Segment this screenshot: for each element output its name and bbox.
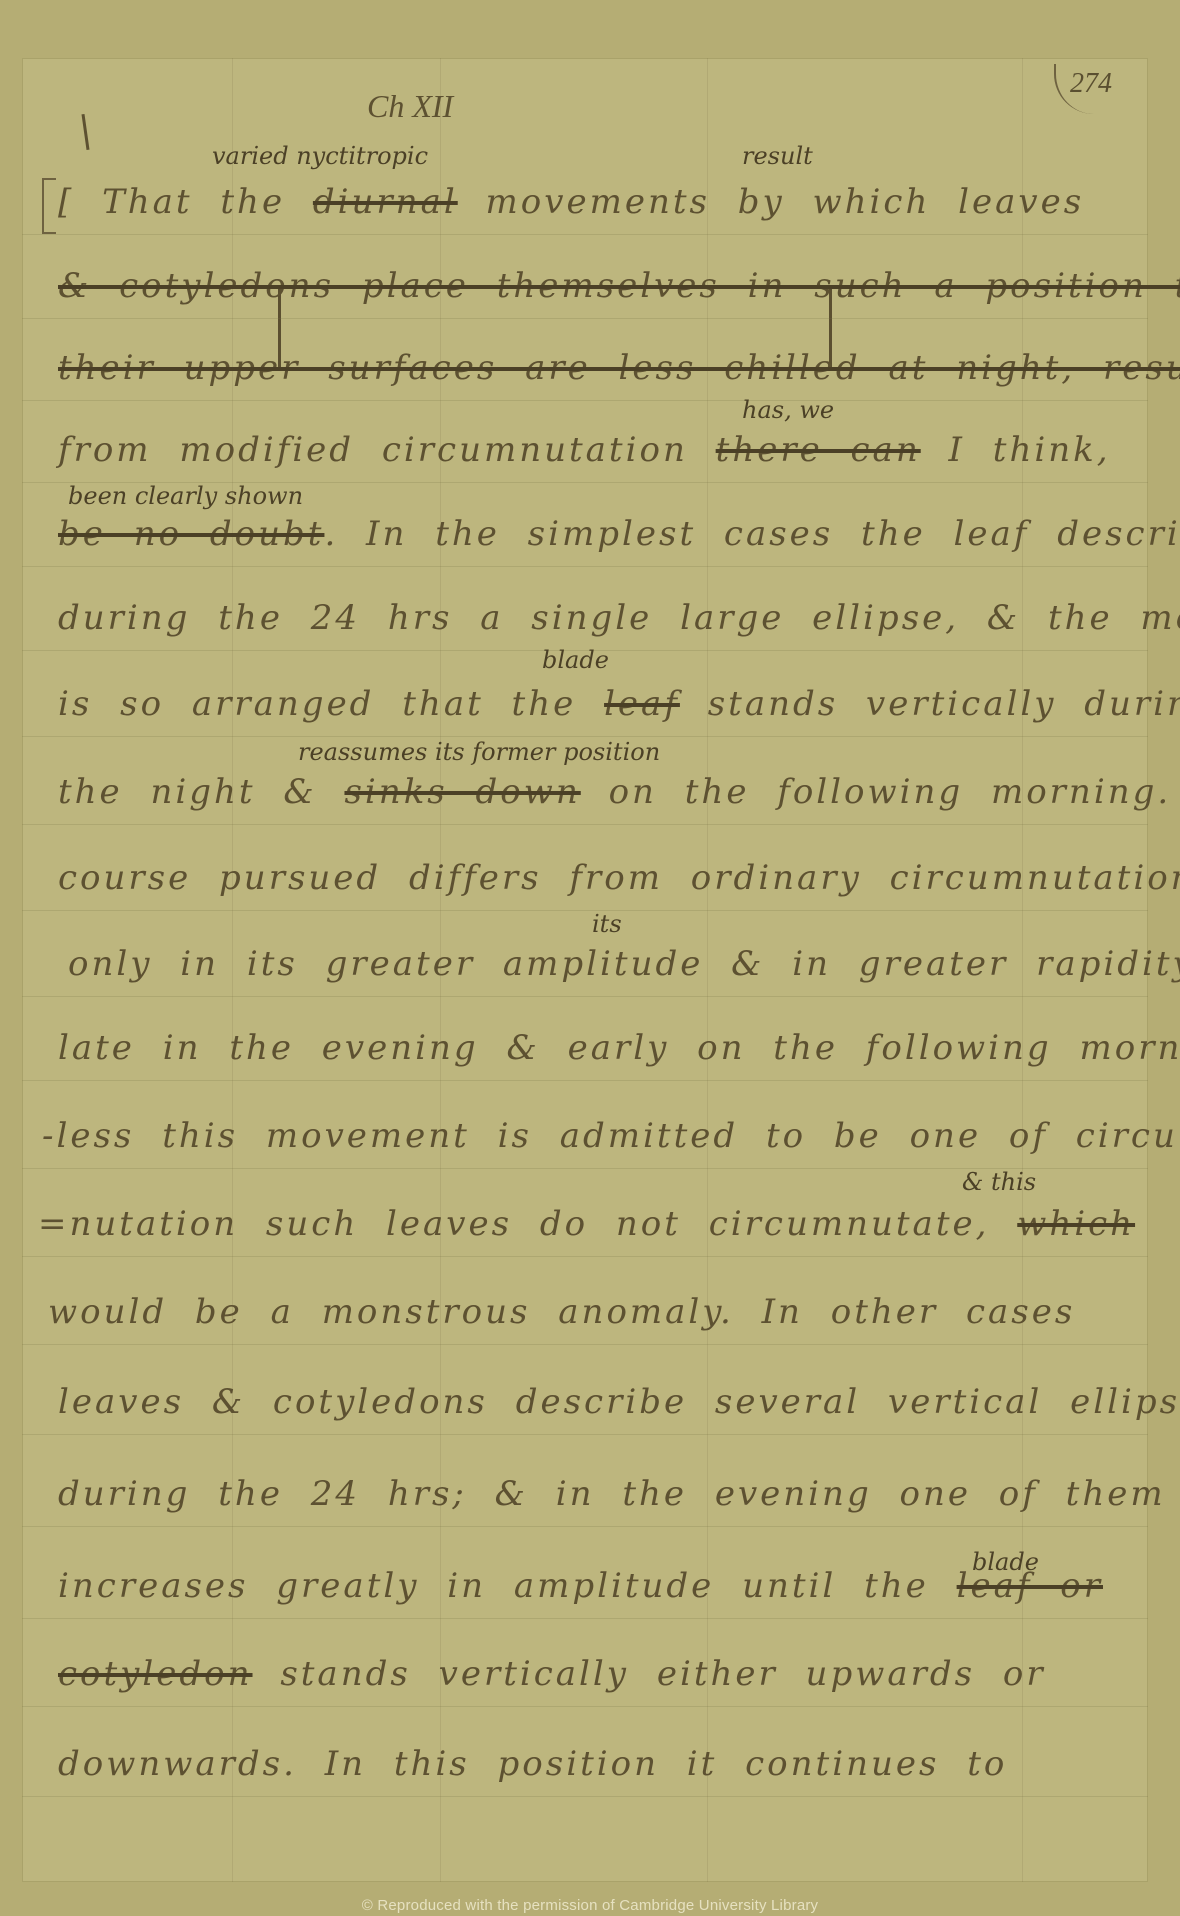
manuscript-line: is so arranged that the leaf stands vert… [58, 684, 1148, 724]
manuscript-page: 274 Ch XII varied nyctitropic result [ T… [22, 58, 1148, 1882]
folio-number: 274 [1054, 64, 1118, 114]
ruling-line [22, 1256, 1148, 1257]
manuscript-line: be no doubt. In the simplest cases the l… [58, 514, 1148, 554]
manuscript-line: course pursued differs from ordinary cir… [58, 858, 1148, 898]
ruling-line [22, 1344, 1148, 1345]
manuscript-line: would be a monstrous anomaly. In other c… [48, 1292, 1148, 1332]
ruling-line [22, 996, 1148, 997]
ruling-line [22, 736, 1148, 737]
interlinear-insert: reassumes its former position [298, 738, 660, 766]
manuscript-line: leaves & cotyledons describe several ver… [58, 1382, 1148, 1422]
manuscript-line: the night & sinks down on the following … [58, 772, 1148, 812]
ruling-line [22, 1080, 1148, 1081]
manuscript-line: & cotyledons place themselves in such a … [58, 266, 1148, 306]
interlinear-insert: result [742, 142, 813, 170]
ruling-line [22, 1434, 1148, 1435]
ruling-line [22, 1796, 1148, 1797]
manuscript-line: their upper surfaces are less chilled at… [58, 348, 1148, 388]
chapter-heading: Ch XII [367, 88, 453, 125]
ruling-line [22, 400, 1148, 401]
opening-bracket [42, 178, 56, 234]
interlinear-insert: blade [542, 646, 609, 674]
interlinear-insert: has, we [742, 396, 834, 424]
interlinear-insert: & this [962, 1168, 1036, 1196]
ruling-line [22, 566, 1148, 567]
ruling-line [22, 234, 1148, 235]
margin-mark [82, 114, 90, 150]
interlinear-insert: its [592, 910, 622, 938]
manuscript-line: [ That the diurnal movements by which le… [58, 182, 1148, 222]
manuscript-line: -less this movement is admitted to be on… [42, 1116, 1148, 1156]
manuscript-line: cotyledon stands vertically either upwar… [58, 1654, 1148, 1694]
ruling-line [22, 910, 1148, 911]
manuscript-line: during the 24 hrs; & in the evening one … [58, 1474, 1148, 1514]
manuscript-line: from modified circumnutation there can I… [58, 430, 1148, 470]
manuscript-line: downwards. In this position it continues… [58, 1744, 1148, 1784]
manuscript-line: late in the evening & early on the follo… [58, 1028, 1148, 1068]
copyright-credit: © Reproduced with the permission of Camb… [0, 1897, 1180, 1914]
ruling-line [22, 824, 1148, 825]
manuscript-line: =nutation such leaves do not circumnutat… [38, 1204, 1148, 1244]
ruling-line [22, 1618, 1148, 1619]
manuscript-line: increases greatly in amplitude until the… [58, 1566, 1148, 1606]
ruling-line [22, 1706, 1148, 1707]
ruling-line [22, 1526, 1148, 1527]
manuscript-line: only in its greater amplitude & in great… [68, 944, 1148, 984]
ruling-line [22, 318, 1148, 319]
interlinear-insert: varied nyctitropic [212, 142, 428, 170]
interlinear-insert: been clearly shown [68, 482, 303, 510]
manuscript-line: during the 24 hrs a single large ellipse… [58, 598, 1148, 638]
